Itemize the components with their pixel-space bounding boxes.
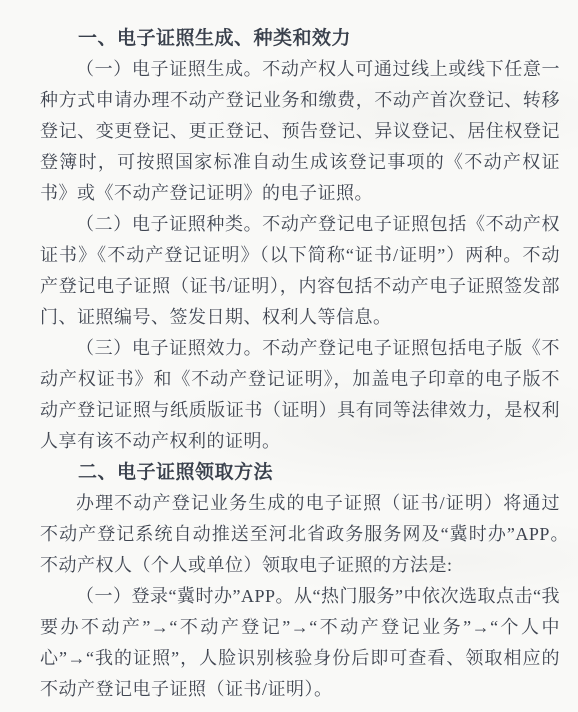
paragraph-push-channels: 办理不动产登记业务生成的电子证照（证书/证明）将通过不动产登记系统自动推送至河北… xyxy=(40,488,560,581)
section-heading-claim-method: 二、电子证照领取方法 xyxy=(40,457,560,488)
paragraph-generation: （一）电子证照生成。不动产权人可通过线上或线下任意一种方式申请办理不动产登记业务… xyxy=(40,54,560,209)
paragraph-app-steps: （一）登录“冀时办”APP。从“热门服务”中依次选取点击“我要办不动产”→“不动… xyxy=(40,581,560,705)
document-page: 一、电子证照生成、种类和效力 （一）电子证照生成。不动产权人可通过线上或线下任意… xyxy=(0,0,578,712)
paragraph-validity: （三）电子证照效力。不动产登记电子证照包括电子版《不动产权证书》和《不动产登记证… xyxy=(40,333,560,457)
paragraph-types: （二）电子证照种类。不动产登记电子证照包括《不动产权证书》《不动产登记证明》（以… xyxy=(40,209,560,333)
section-heading-generation: 一、电子证照生成、种类和效力 xyxy=(40,23,560,54)
